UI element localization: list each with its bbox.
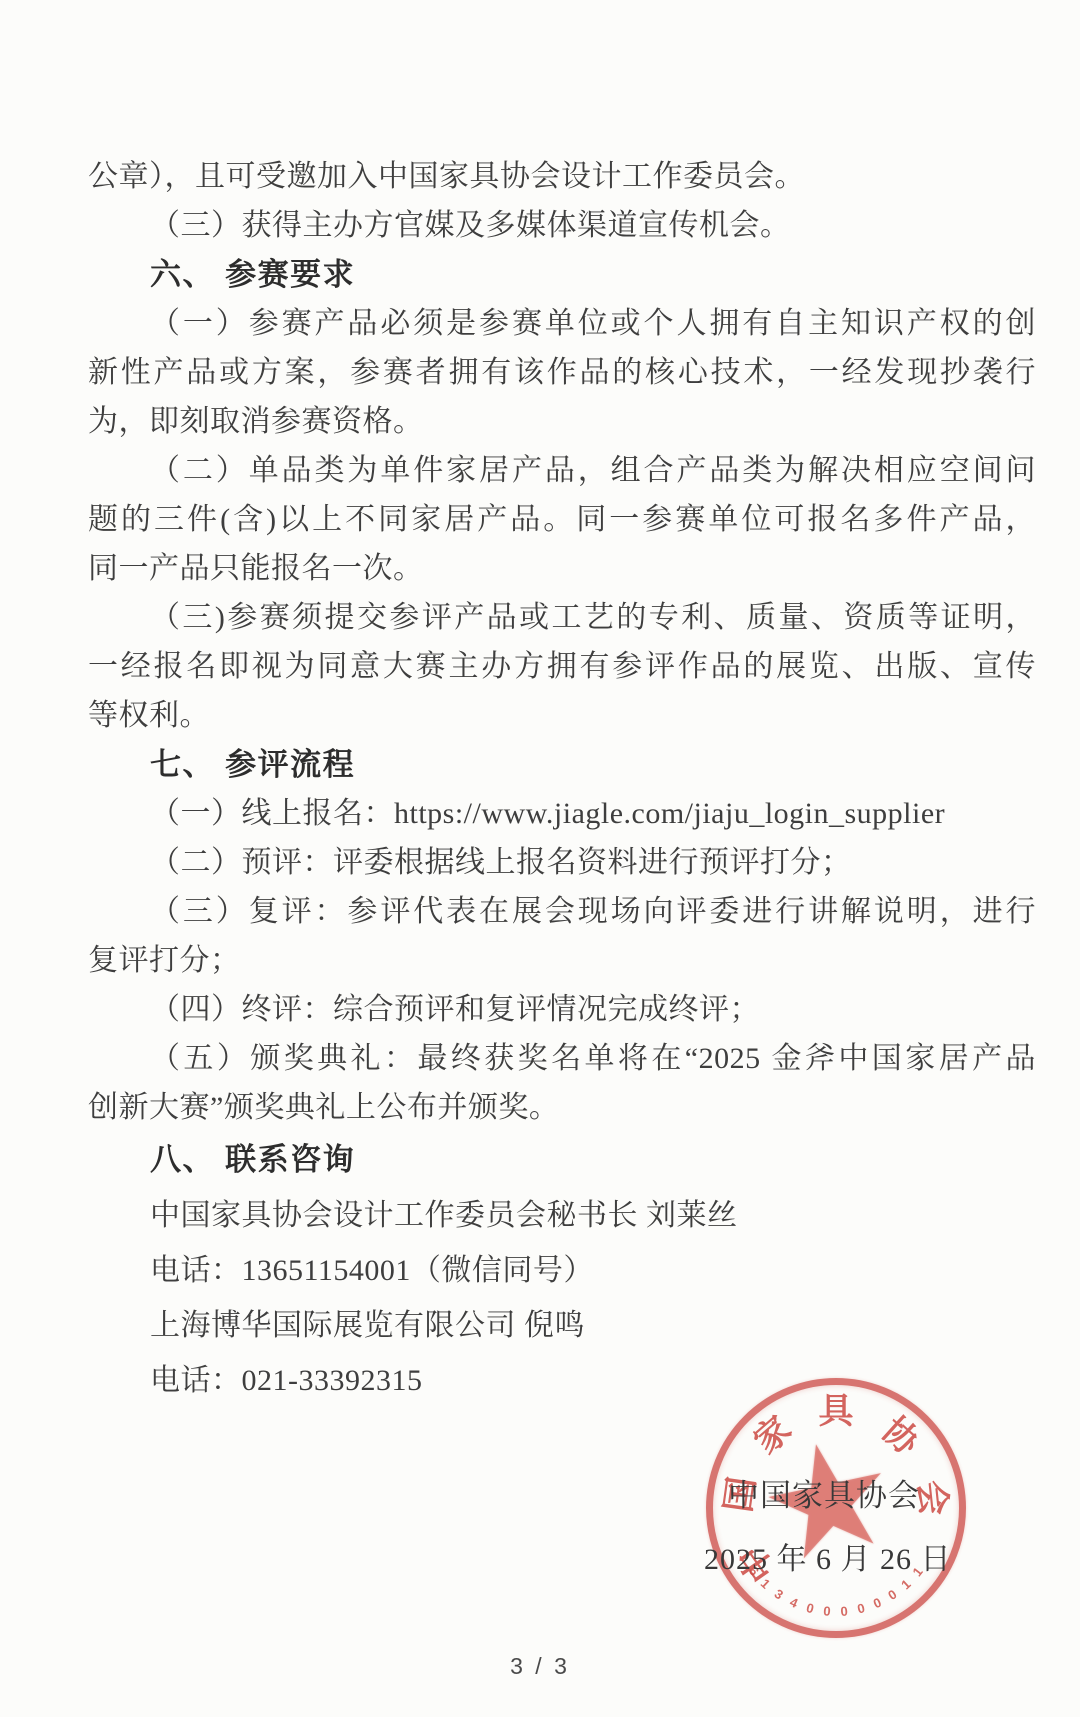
section-heading: 七、 参评流程 <box>88 740 1036 789</box>
section-heading: 六、 参赛要求 <box>88 250 1036 299</box>
page-number: 3 / 3 <box>0 1653 1080 1680</box>
document-line: （一）参赛产品必须是参赛单位或个人拥有自主知识产权的创 <box>88 299 1036 348</box>
document-line: 电话：13651154001（微信同号） <box>88 1243 1036 1298</box>
document-line: （三）复评：参评代表在展会现场向评委进行讲解说明，进行 <box>88 887 1036 936</box>
document-line: （三)参赛须提交参评产品或工艺的专利、质量、资质等证明， <box>88 593 1036 642</box>
signature-date: 2025 年 6 月 26 日 <box>704 1534 952 1578</box>
seal-serial-digit: 0 <box>819 1604 834 1619</box>
signature-organization: 中国家具协会 <box>728 1470 920 1515</box>
document-line: 公章），且可受邀加入中国家具协会设计工作委员会。 <box>88 152 1036 201</box>
document-line: （五）颁奖典礼：最终获奖名单将在“2025 金斧中国家居产品 <box>88 1034 1036 1083</box>
document-line: （二）预评：评委根据线上报名资料进行预评打分； <box>88 838 1036 887</box>
seal-serial-digit: 0 <box>837 1604 852 1619</box>
document-line: 题的三件(含)以上不同家居产品。同一参赛单位可报名多件产品， <box>88 495 1036 544</box>
document-line: 上海博华国际展览有限公司 倪鸣 <box>88 1298 1036 1353</box>
document-line: 创新大赛”颁奖典礼上公布并颁奖。 <box>88 1083 1036 1132</box>
document-line: 等权利。 <box>88 691 1036 740</box>
document-line: 中国家具协会设计工作委员会秘书长 刘莱丝 <box>88 1188 1036 1243</box>
document-page: 公章），且可受邀加入中国家具协会设计工作委员会。（三）获得主办方官媒及多媒体渠道… <box>0 0 1080 1717</box>
document-line: 为，即刻取消参赛资格。 <box>88 397 1036 446</box>
document-line: 复评打分； <box>88 936 1036 985</box>
document-line: （四）终评：综合预评和复评情况完成终评； <box>88 985 1036 1034</box>
document-line: （一）线上报名：https://www.jiagle.com/jiaju_log… <box>88 789 1036 838</box>
document-body: 公章），且可受邀加入中国家具协会设计工作委员会。（三）获得主办方官媒及多媒体渠道… <box>88 152 1036 1408</box>
seal-arc-char: 具 <box>817 1393 855 1431</box>
section-heading: 八、 联系咨询 <box>88 1132 1036 1188</box>
document-line: （三）获得主办方官媒及多媒体渠道宣传机会。 <box>88 201 1036 250</box>
document-line: 同一产品只能报名一次。 <box>88 544 1036 593</box>
document-line: （二）单品类为单件家居产品，组合产品类为解决相应空间问 <box>88 446 1036 495</box>
document-line: 新性产品或方案，参赛者拥有该作品的核心技术，一经发现抄袭行 <box>88 348 1036 397</box>
document-line: 一经报名即视为同意大赛主办方拥有参评作品的展览、出版、宣传 <box>88 642 1036 691</box>
